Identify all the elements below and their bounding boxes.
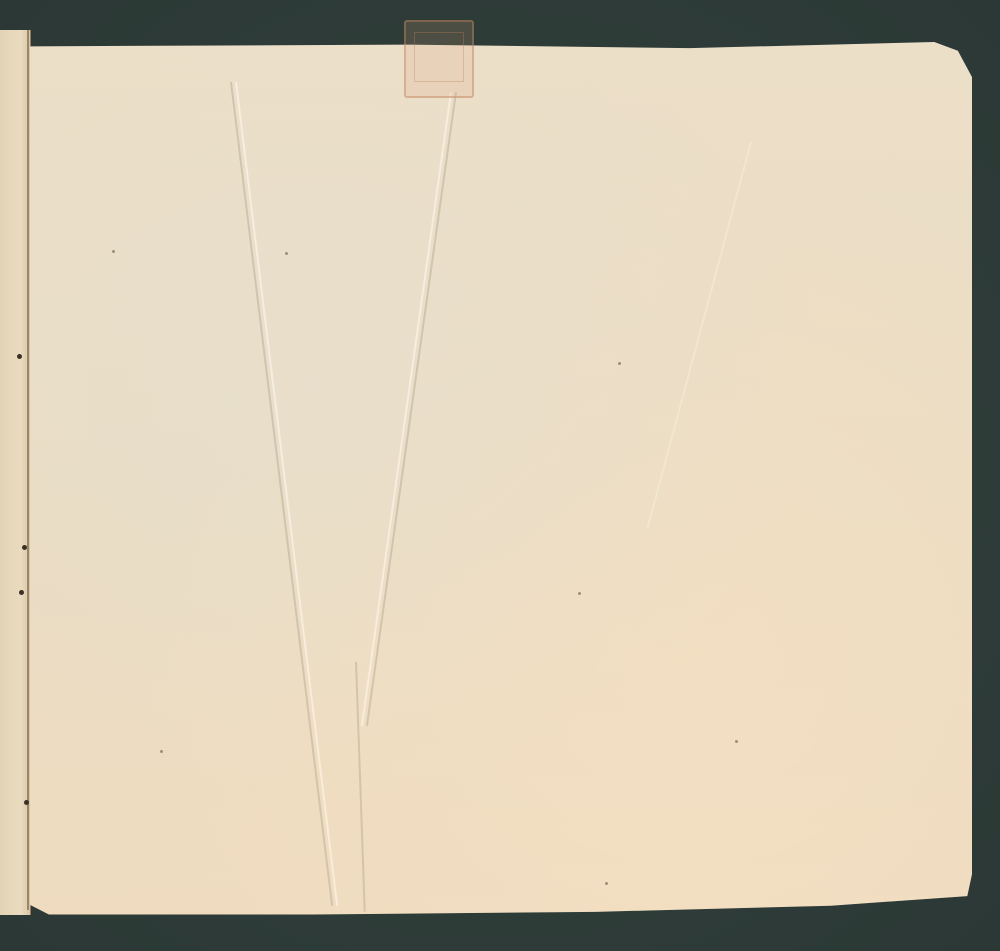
binding-hole xyxy=(17,354,22,359)
paper-crease xyxy=(366,92,457,726)
paper-crease-highlight xyxy=(361,92,452,726)
paper-spot xyxy=(578,592,581,595)
blank-page xyxy=(30,42,972,918)
paper-spot xyxy=(618,362,621,365)
paper-spot xyxy=(112,250,115,253)
paper-wrinkle xyxy=(646,142,751,529)
binding-hole xyxy=(22,545,27,550)
binding-hole xyxy=(24,800,29,805)
paper-spot xyxy=(605,882,608,885)
book-spine xyxy=(27,30,29,910)
paper-spot xyxy=(160,750,163,753)
library-seal-stamp xyxy=(404,20,474,98)
paper-spot xyxy=(285,252,288,255)
paper-crease-highlight xyxy=(235,82,338,906)
binding-hole xyxy=(19,590,24,595)
paper-spot xyxy=(735,740,738,743)
paper-crease xyxy=(230,82,333,906)
